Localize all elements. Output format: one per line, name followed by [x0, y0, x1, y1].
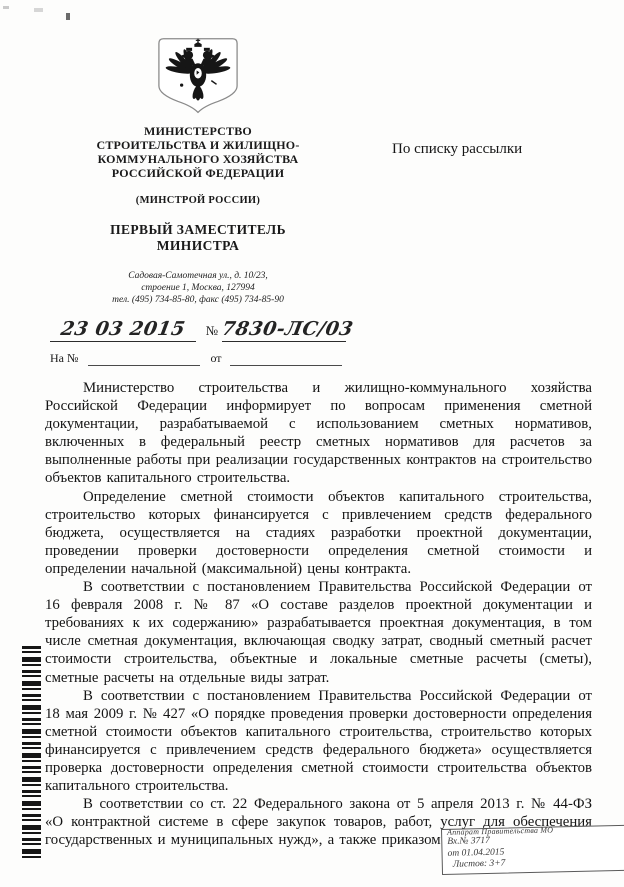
position-line: МИНИСТРА: [50, 238, 346, 254]
body-paragraph: Определение сметной стоимости объектов к…: [45, 488, 592, 578]
outgoing-reference-line: 23 03 2015 № 7830-ЛС/03: [50, 318, 346, 342]
scan-speck: [3, 6, 9, 9]
number-sign: №: [206, 323, 218, 342]
scan-speck: [66, 13, 70, 20]
incoming-registration-stamp: Аппарат Правительства МО Вх.№ 3717 от 01…: [441, 824, 624, 875]
recipient-line: По списку рассылки: [392, 141, 522, 158]
handwritten-date: 23 03 2015: [50, 318, 196, 342]
ministry-name: МИНИСТЕРСТВО СТРОИТЕЛЬСТВА И ЖИЛИЩНО- КО…: [50, 124, 346, 180]
russia-coat-of-arms-icon: [152, 36, 244, 116]
vertical-barcode: [22, 646, 41, 860]
ministry-name-line: СТРОИТЕЛЬСТВА И ЖИЛИЩНО-: [50, 138, 346, 152]
ministry-name-line: РОССИЙСКОЙ ФЕДЕРАЦИИ: [50, 166, 346, 180]
signatory-position: ПЕРВЫЙ ЗАМЕСТИТЕЛЬ МИНИСТРА: [50, 222, 346, 254]
reply-from-label: от: [210, 351, 221, 366]
handwritten-number: 7830-ЛС/03: [222, 318, 346, 342]
reply-reference-line: На № от: [50, 351, 346, 366]
address-line: строение 1, Москва, 127994: [50, 282, 346, 294]
address-line: Садовая-Самотечная ул., д. 10/23,: [50, 270, 346, 282]
reply-date-blank: [230, 352, 342, 366]
scan-speck: [34, 8, 43, 12]
position-line: ПЕРВЫЙ ЗАМЕСТИТЕЛЬ: [50, 222, 346, 238]
ministry-address: Садовая-Самотечная ул., д. 10/23, строен…: [50, 270, 346, 306]
address-line: тел. (495) 734-85-80, факс (495) 734-85-…: [50, 294, 346, 306]
letter-body: Министерство строительства и жилищно-ком…: [45, 379, 592, 849]
scanned-letter-page: МИНИСТЕРСТВО СТРОИТЕЛЬСТВА И ЖИЛИЩНО- КО…: [0, 0, 624, 887]
ministry-name-line: КОММУНАЛЬНОГО ХОЗЯЙСТВА: [50, 152, 346, 166]
body-paragraph: Министерство строительства и жилищно-ком…: [45, 379, 592, 488]
reply-number-blank: [88, 352, 200, 366]
ministry-short-name: (МИНСТРОЙ РОССИИ): [50, 195, 346, 206]
body-paragraph: В соответствии с постановлением Правител…: [45, 687, 592, 796]
body-paragraph: В соответствии с постановлением Правител…: [45, 578, 592, 687]
ministry-name-line: МИНИСТЕРСТВО: [50, 124, 346, 138]
reply-to-label: На №: [50, 351, 78, 366]
letterhead: МИНИСТЕРСТВО СТРОИТЕЛЬСТВА И ЖИЛИЩНО- КО…: [50, 36, 346, 366]
